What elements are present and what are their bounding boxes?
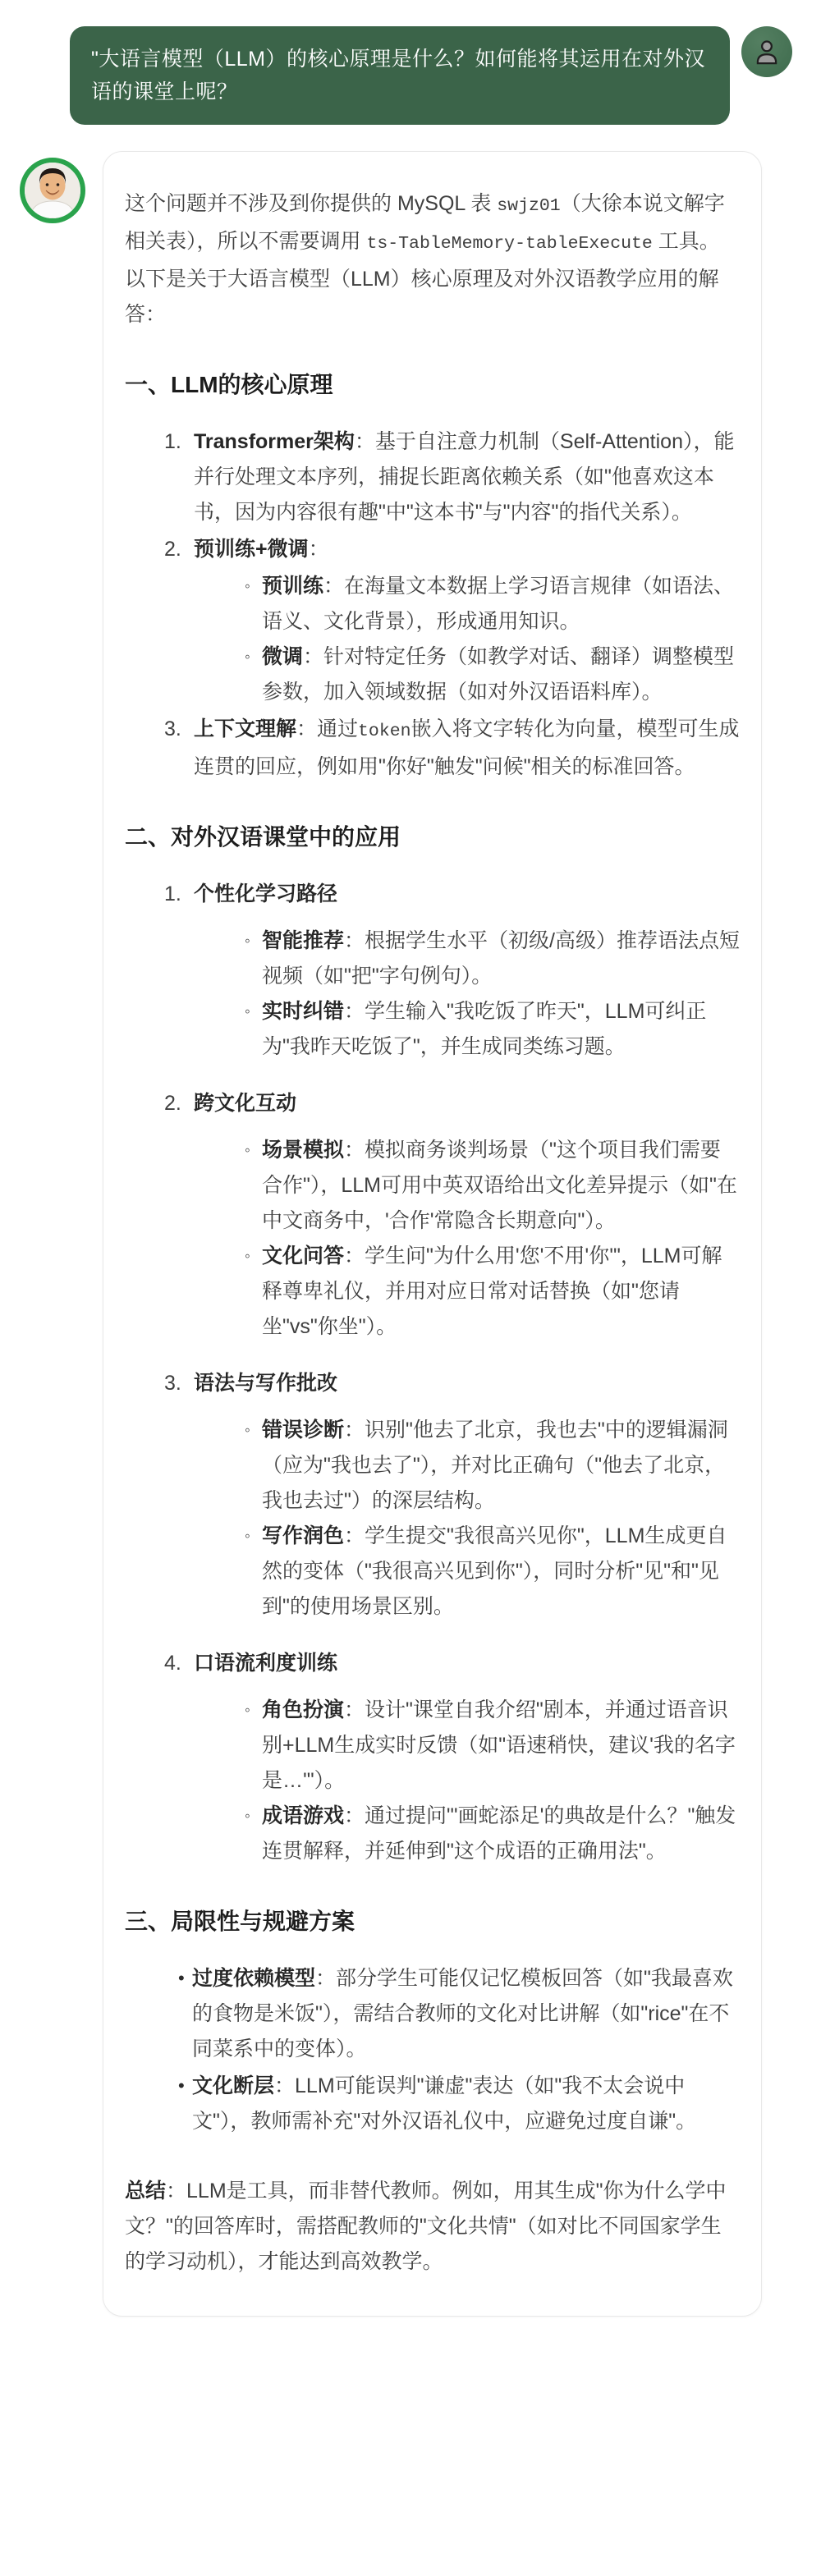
- inline-code-token: token: [358, 722, 411, 741]
- intro-paragraph: 这个问题并不涉及到你提供的 MySQL 表 swjz01（大徐本说文解字相关表）…: [125, 186, 740, 332]
- sub-item-label: 角色扮演: [262, 1698, 344, 1721]
- assistant-message-card: 这个问题并不涉及到你提供的 MySQL 表 swjz01（大徐本说文解字相关表）…: [103, 151, 762, 2317]
- numbered-item: 4. 口语流利度训练 角色扮演：设计"课堂自我介绍"剧本，并通过语音识别+LLM…: [164, 1646, 740, 1869]
- sub-item-label: 成语游戏: [262, 1804, 344, 1827]
- inline-code-table-name: swjz01: [497, 196, 560, 216]
- sub-item: 智能推荐：根据学生水平（初级/高级）推荐语法点短视频（如"把"字句例句）。: [245, 924, 740, 994]
- item-text: ：: [309, 538, 329, 561]
- numbered-item: 3. 上下文理解：通过token嵌入将文字转化为向量，模型可生成连贯的回应，例如…: [164, 712, 740, 785]
- sub-item: 预训练：在海量文本数据上学习语言规律（如语法、语义、文化背景），形成通用知识。: [245, 569, 740, 639]
- sub-item: 成语游戏：通过提问"'画蛇添足'的典故是什么？"触发连贯解释，并延伸到"这个成语…: [245, 1799, 740, 1869]
- item-label: 跨文化互动: [194, 1092, 296, 1115]
- sub-item-label: 错误诊断: [262, 1419, 344, 1442]
- sub-item: 文化问答：学生问"为什么用'您'不用'你'"，LLM可解释尊卑礼仪，并用对应日常…: [245, 1239, 740, 1345]
- bullet-item: 过度依赖模型：部分学生可能仅记忆模板回答（如"我最喜欢的食物是米饭"），需结合教…: [178, 1961, 740, 2067]
- numbered-item: 1. Transformer架构：基于自注意力机制（Self-Attention…: [164, 424, 740, 530]
- user-message-bubble: "大语言模型（LLM）的核心原理是什么？如何能将其运用在对外汉语的课堂上呢？: [70, 26, 730, 125]
- sub-item-label: 写作润色: [262, 1524, 344, 1547]
- numbered-list-classroom-applications: 1. 个性化学习路径 智能推荐：根据学生水平（初级/高级）推荐语法点短视频（如"…: [164, 877, 740, 1869]
- item-number: 3.: [164, 1366, 194, 1625]
- bullet-list-limitations: 过度依赖模型：部分学生可能仅记忆模板回答（如"我最喜欢的食物是米饭"），需结合教…: [125, 1961, 740, 2139]
- item-content: Transformer架构：基于自注意力机制（Self-Attention），能…: [194, 424, 740, 530]
- item-text: ：通过: [296, 717, 358, 740]
- item-label: 语法与写作批改: [194, 1372, 337, 1395]
- intro-text-1: 这个问题并不涉及到你提供的 MySQL 表: [125, 192, 497, 215]
- user-message-text: "大语言模型（LLM）的核心原理是什么？如何能将其运用在对外汉语的课堂上呢？: [91, 48, 705, 103]
- item-label: 预训练+微调: [194, 538, 309, 561]
- sub-item-label: 场景模拟: [262, 1139, 344, 1162]
- sub-item: 实时纠错：学生输入"我吃饭了昨天"，LLM可纠正为"我昨天吃饭了"，并生成同类练…: [245, 994, 740, 1065]
- item-number: 3.: [164, 712, 194, 785]
- sub-item-label: 实时纠错: [262, 1000, 344, 1023]
- section-heading-3: 三、局限性与规避方案: [125, 1905, 740, 1938]
- sub-item-label: 智能推荐: [262, 929, 344, 952]
- face-icon: [25, 163, 80, 218]
- sub-item-label: 文化问答: [262, 1244, 344, 1267]
- sub-item-text: ：针对特定任务（如教学对话、翻译）调整模型参数，加入领域数据（如对外汉语语料库）…: [262, 645, 734, 704]
- item-content: 语法与写作批改 错误诊断：识别"他去了北京，我也去"中的逻辑漏洞（应为"我也去了…: [194, 1366, 740, 1625]
- user-avatar[interactable]: [741, 26, 792, 77]
- sub-item: 场景模拟：模拟商务谈判场景（"这个项目我们需要合作"），LLM可用中英双语给出文…: [245, 1133, 740, 1239]
- summary-paragraph: 总结：LLM是工具，而非替代教师。例如，用其生成"你为什么学中文？"的回答库时，…: [125, 2174, 740, 2280]
- summary-label: 总结: [125, 2180, 166, 2202]
- item-number: 2.: [164, 532, 194, 710]
- sub-item-label: 微调: [262, 645, 303, 668]
- summary-text: ：LLM是工具，而非替代教师。例如，用其生成"你为什么学中文？"的回答库时，需搭…: [125, 2180, 727, 2273]
- item-content: 个性化学习路径 智能推荐：根据学生水平（初级/高级）推荐语法点短视频（如"把"字…: [194, 877, 740, 1065]
- item-label: 口语流利度训练: [194, 1652, 337, 1675]
- item-content: 预训练+微调： 预训练：在海量文本数据上学习语言规律（如语法、语义、文化背景），…: [194, 532, 740, 710]
- user-message-row: "大语言模型（LLM）的核心原理是什么？如何能将其运用在对外汉语的课堂上呢？: [0, 26, 821, 125]
- item-number: 1.: [164, 877, 194, 1065]
- section-heading-2: 二、对外汉语课堂中的应用: [125, 821, 740, 854]
- sub-item: 错误诊断：识别"他去了北京，我也去"中的逻辑漏洞（应为"我也去了"），并对比正确…: [245, 1413, 740, 1519]
- item-number: 2.: [164, 1086, 194, 1345]
- bullet-item: 文化断层：LLM可能误判"谦虚"表达（如"我不太会说中文"），教师需补充"对外汉…: [178, 2069, 740, 2139]
- assistant-message-row: 这个问题并不涉及到你提供的 MySQL 表 swjz01（大徐本说文解字相关表）…: [0, 151, 821, 2317]
- item-content: 上下文理解：通过token嵌入将文字转化为向量，模型可生成连贯的回应，例如用"你…: [194, 712, 740, 785]
- chat-page: "大语言模型（LLM）的核心原理是什么？如何能将其运用在对外汉语的课堂上呢？: [0, 0, 821, 2576]
- numbered-item: 2. 预训练+微调： 预训练：在海量文本数据上学习语言规律（如语法、语义、文化背…: [164, 532, 740, 710]
- bullet-item-label: 文化断层: [192, 2074, 274, 2097]
- item-label: 个性化学习路径: [194, 882, 337, 905]
- numbered-item: 3. 语法与写作批改 错误诊断：识别"他去了北京，我也去"中的逻辑漏洞（应为"我…: [164, 1366, 740, 1625]
- sub-bullet-list: 错误诊断：识别"他去了北京，我也去"中的逻辑漏洞（应为"我也去了"），并对比正确…: [194, 1413, 740, 1625]
- numbered-item: 1. 个性化学习路径 智能推荐：根据学生水平（初级/高级）推荐语法点短视频（如"…: [164, 877, 740, 1065]
- person-icon: [752, 37, 782, 66]
- numbered-item: 2. 跨文化互动 场景模拟：模拟商务谈判场景（"这个项目我们需要合作"），LLM…: [164, 1086, 740, 1345]
- inline-code-tool-name: ts-TableMemory-tableExecute: [366, 234, 652, 254]
- sub-bullet-list: 角色扮演：设计"课堂自我介绍"剧本，并通过语音识别+LLM生成实时反馈（如"语速…: [194, 1693, 740, 1869]
- item-number: 1.: [164, 424, 194, 530]
- item-content: 跨文化互动 场景模拟：模拟商务谈判场景（"这个项目我们需要合作"），LLM可用中…: [194, 1086, 740, 1345]
- numbered-list-core-principles: 1. Transformer架构：基于自注意力机制（Self-Attention…: [164, 424, 740, 785]
- sub-bullet-list: 场景模拟：模拟商务谈判场景（"这个项目我们需要合作"），LLM可用中英双语给出文…: [194, 1133, 740, 1345]
- item-label: 上下文理解: [194, 717, 296, 740]
- sub-bullet-list: 预训练：在海量文本数据上学习语言规律（如语法、语义、文化背景），形成通用知识。 …: [194, 569, 740, 710]
- item-number: 4.: [164, 1646, 194, 1869]
- item-content: 口语流利度训练 角色扮演：设计"课堂自我介绍"剧本，并通过语音识别+LLM生成实…: [194, 1646, 740, 1869]
- bullet-item-label: 过度依赖模型: [192, 1967, 315, 1990]
- item-label: Transformer架构: [194, 430, 355, 453]
- sub-item-text: ：在海量文本数据上学习语言规律（如语法、语义、文化背景），形成通用知识。: [262, 575, 734, 633]
- section-heading-1: 一、LLM的核心原理: [125, 369, 740, 401]
- sub-item: 角色扮演：设计"课堂自我介绍"剧本，并通过语音识别+LLM生成实时反馈（如"语速…: [245, 1693, 740, 1799]
- sub-item-label: 预训练: [262, 575, 323, 598]
- sub-item: 微调：针对特定任务（如教学对话、翻译）调整模型参数，加入领域数据（如对外汉语语料…: [245, 639, 740, 710]
- assistant-avatar[interactable]: [20, 158, 85, 223]
- sub-bullet-list: 智能推荐：根据学生水平（初级/高级）推荐语法点短视频（如"把"字句例句）。 实时…: [194, 924, 740, 1065]
- sub-item: 写作润色：学生提交"我很高兴见你"，LLM生成更自然的变体（"我很高兴见到你"）…: [245, 1519, 740, 1625]
